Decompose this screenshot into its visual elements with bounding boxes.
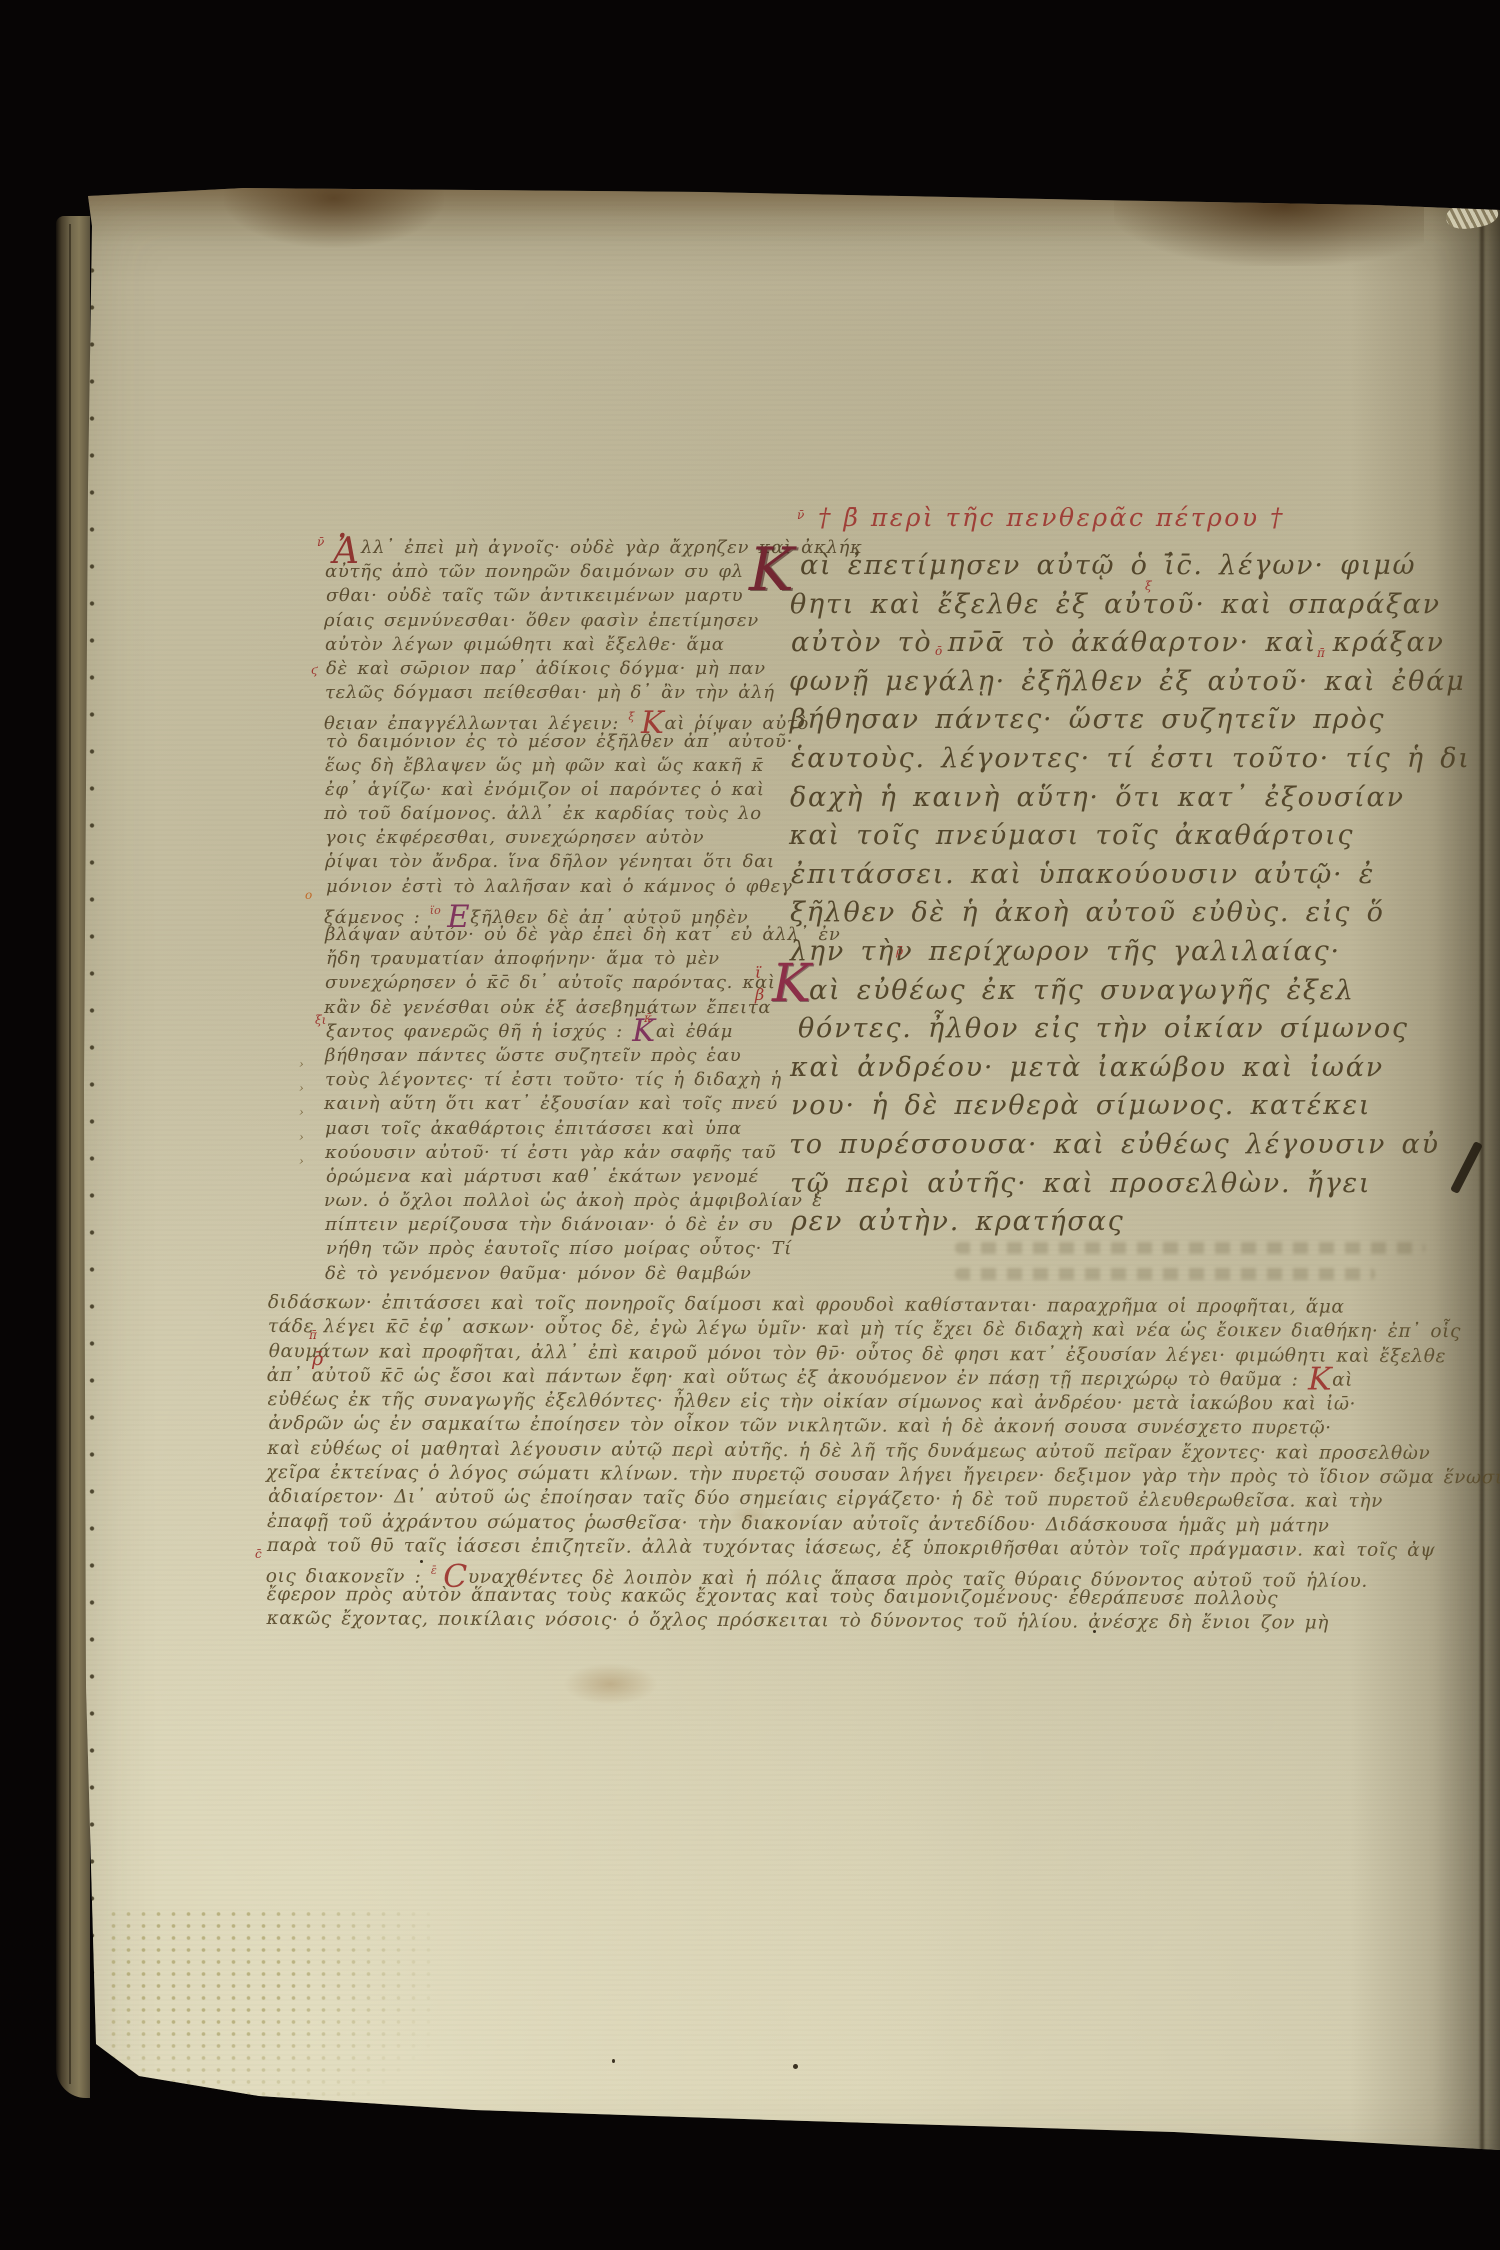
commentary-line: κακῶς ἔχοντας, ποικίλαις νόσοις· ὁ ὄχλος… xyxy=(267,1607,1427,1636)
photograph-of-manuscript: † β̄ περὶ τῆϲ πενθερᾶϲ πέτρου † Ἀ Κ Κ ν̄… xyxy=(0,0,1500,2250)
commentary-line: ἀπ᾽ αὐτοῦ κ̄ϲ̄ ὡς ἔσοι καὶ πάντων ἔφη· κ… xyxy=(267,1364,1427,1393)
commentary-line: τὸ δαιμόνιον ἐς τὸ μέσον ἐξῆλθεν ἀπ᾽ αὐτ… xyxy=(326,730,786,754)
top-right-stain xyxy=(1114,188,1424,266)
marginal-letters: ξι xyxy=(315,1014,326,1027)
gospel-line: λην τὴν περίχωρον τῆς γαλιλαίας· xyxy=(790,933,1410,972)
gospel-line: αὶ ἐπετίμησεν αὐτῷ ὁ ἰ̄ϲ̄. λέγων· φιμώ xyxy=(790,547,1410,586)
gospel-line: θητι καὶ ἔξελθε ἐξ αὐτοῦ· καὶ σπαράξαν xyxy=(790,586,1410,625)
marginal-letter: ρ̄ xyxy=(896,945,903,958)
commentary-line: αὐτὸν λέγων φιμώθητι καὶ ἔξελθε· ἅμα xyxy=(325,633,785,657)
commentary-line: τοὺς λέγοντες· τί ἐστι τοῦτο· τίς ἡ διδα… xyxy=(325,1068,785,1092)
follicle-speckles xyxy=(106,1908,436,2128)
commentary-line: ἀνδρῶν ὡς ἐν σαμκαίτω ἐποίησεν τὸν οἶκον… xyxy=(268,1412,1428,1441)
marginal-letter: ο̄ xyxy=(935,645,942,658)
marginal-dot: ο xyxy=(305,889,312,902)
commentary-line: σθαι· οὐδὲ ταῖς τῶν ἀντικειμένων μαρτυ xyxy=(326,584,786,608)
top-left-stain xyxy=(224,186,444,248)
commentary-line: κἂν δὲ γενέσθαι οὐκ ἐξ ἀσεβημάτων ἔπειτα xyxy=(324,996,784,1020)
endband-threads xyxy=(1444,198,1499,232)
commentary-line: δὲ καὶ σω̄ριον παρ᾽ ἀδίκοις δόγμα· μὴ πα… xyxy=(326,657,786,681)
marginal-letter: κ̄ xyxy=(644,1012,652,1025)
commentary-line: ῥίψαι τὸν ἄνδρα. ἵνα δῆλον γένηται ὅτι δ… xyxy=(325,850,785,874)
commentary-line: ἤδη τραυματίαν ἀποφήνην· ἅμα τὸ μὲν xyxy=(326,947,786,971)
commentary-line: βήθησαν πάντες ὥστε συζητεῖν πρὸς ἑαυ xyxy=(325,1044,785,1068)
commentary-line: δὲ τὸ γενόμενον θαῦμα· μόνον δὲ θαμβών xyxy=(325,1262,785,1286)
gospel-line: αὶ εὐθέως ἐκ τῆς συναγωγῆς ἐξελ xyxy=(789,972,1409,1011)
gospel-line: ἑαυτοὺς. λέγοντες· τί ἐστι τοῦτο· τίς ἡ … xyxy=(791,740,1411,779)
gospel-line: ξῆλθεν δὲ ἡ ἀκοὴ αὐτοῦ εὐθὺς. εἰς ὅ xyxy=(790,894,1410,933)
gospel-line: φωνῇ μεγάλῃ· ἐξῆλθεν ἐξ αὐτοῦ· καὶ ἐθάμ xyxy=(789,663,1409,702)
gospel-line: θόντες. ἦλθον εἰς τὴν οἰκίαν σίμωνος xyxy=(790,1010,1410,1049)
kephalaion-title: † β̄ περὶ τῆϲ πενθερᾶϲ πέτρου † xyxy=(818,503,1218,532)
commentary-line: καινὴ αὕτη ὅτι κατ᾽ ἐξουσίαν καὶ τοῖς πν… xyxy=(324,1092,784,1116)
commentary-line: ξαντος φανερῶς θῆ ἡ ἰσχύς : Καὶ ἐθάμ xyxy=(326,1020,786,1044)
gospel-line: ρεν αὐτὴν. κρατήσας xyxy=(791,1203,1411,1242)
commentary-line: κούουσιν αὐτοῦ· τί ἐστι γὰρ κἀν σαφῆς τα… xyxy=(325,1141,785,1165)
commentary-line: πίπτειν μερίζουσα τὴν διάνοιαν· ὁ δὲ ἐν … xyxy=(325,1213,785,1237)
gospel-line: το πυρέσσουσα· καὶ εὐθέως λέγουσιν αὐ xyxy=(789,1126,1409,1165)
commentary-line: αὐτῆς ἀπὸ τῶν πονηρῶν δαιμόνων συ φλ xyxy=(325,560,785,584)
commentary-column: λλ᾽ ἐπεὶ μὴ ἀγνοῖς· οὐδὲ γὰρ ἄχρηζεν καὶ… xyxy=(325,536,785,1286)
commentary-line: ρίαις σεμνύνεσθαι· ὅθεν φασὶν ἐπετίμησεν xyxy=(324,609,784,633)
commentary-line: πὸ τοῦ δαίμονος. ἀλλ᾽ ἐκ καρδίας τοὺς λο xyxy=(324,802,784,826)
initial-kappa-gospel: Κ xyxy=(749,540,794,600)
gospel-line: καὶ ἀνδρέου· μετὰ ἰακώβου καὶ ἰωάν xyxy=(790,1049,1410,1088)
commentary-line: τελῶς δόγμασι πείθεσθαι· μὴ δ᾽ ἂν τὴν ἀλ… xyxy=(325,681,785,705)
gutter-edge-line xyxy=(1480,206,1484,2153)
commentary-line: θειαν ἐπαγγέλλωνται λέγειν: ξ̄ Καὶ ῥίψαν… xyxy=(324,705,784,729)
marginal-letter: π̄ xyxy=(1317,647,1325,660)
gospel-line: τῷ περὶ αὐτῆς· καὶ προσελθὼν. ἤγει xyxy=(790,1165,1410,1204)
commentary-line: νήθη τῶν πρὸς ἑαυτοῖς πίσο μοίρας οὗτος·… xyxy=(326,1237,786,1261)
lower-commentary-block: διδάσκων· ἐπιτάσσει καὶ τοῖς πονηροῖς δα… xyxy=(267,1291,1428,1636)
commentary-line: γοις ἐκφέρεσθαι, συνεχώρησεν αὐτὸν xyxy=(325,826,785,850)
marginal-letter: ρ̄ xyxy=(312,1349,323,1370)
gospel-line: δαχὴ ἡ καινὴ αὕτη· ὅτι κατ᾽ ἐξουσίαν xyxy=(790,779,1410,818)
gospel-line: βήθησαν πάντες· ὥστε συζητεῖν πρὸς xyxy=(790,701,1410,740)
commentary-line: λλ᾽ ἐπεὶ μὴ ἀγνοῖς· οὐδὲ γὰρ ἄχρηζεν καὶ… xyxy=(325,536,785,560)
section-number: ϊ β xyxy=(755,962,764,1007)
top-edge-stain xyxy=(84,186,1500,244)
commentary-line: ξάμενος : ϊο Εξῆλθεν δὲ ἀπ᾽ αὐτοῦ μηδὲν xyxy=(324,899,784,923)
marginal-letter: ν̄ xyxy=(797,509,804,522)
commentary-line: οις διακονεῖν : ε̄ Ϲυναχθέντες δὲ λοιπὸν… xyxy=(266,1558,1426,1587)
initial-alpha: Ἀ xyxy=(333,534,359,570)
gospel-line: νου· ἡ δὲ πενθερὰ σίμωνος. κατέκει xyxy=(791,1087,1411,1126)
commentary-line: μασι τοῖς ἀκαθάρτοις ἐπιτάσσει καὶ ὑπα xyxy=(325,1117,785,1141)
marginal-letter: ϛ xyxy=(311,664,318,677)
initial-kappa-gospel-2: Κ xyxy=(772,958,811,1010)
commentary-line: ὁρώμενα καὶ μάρτυσι καθ᾽ ἑκάτων γενομέ xyxy=(326,1165,786,1189)
commentary-line: ἐφ᾽ ἁγίζω· καὶ ἐνόμιζον οἱ παρόντες ὁ κα… xyxy=(325,778,785,802)
diple-marks: › › › › › xyxy=(299,1052,304,1173)
gospel-line: καὶ τοῖς πνεύμασι τοῖς ἀκαθάρτοις xyxy=(789,817,1409,856)
marginal-letter: ϲ̄ xyxy=(255,1548,262,1561)
commentary-line: ἀδιαίρετον· Δι᾽ αὐτοῦ ὡς ἐποίησαν ταῖς δ… xyxy=(268,1485,1428,1514)
pricking-holes xyxy=(89,252,95,2042)
marginal-letter: ν̄ xyxy=(317,536,324,549)
marginal-letter: ξ xyxy=(1145,580,1152,593)
commentary-line: νων. ὁ ὄχλοι πολλοὶ ὡς ἀκοὴ πρὸς ἀμφιβολ… xyxy=(324,1189,784,1213)
commentary-line: μόνιον ἐστὶ τὸ λαλῆσαν καὶ ὁ κάμνος ὁ φθ… xyxy=(326,875,786,899)
gospel-line: ἐπιτάσσει. καὶ ὑπακούουσιν αὐτῷ· ἐ xyxy=(791,856,1411,895)
commentary-line: συνεχώρησεν ὁ κ̄ϲ̄ δι᾽ αὐτοῖς παρόντας. … xyxy=(325,971,785,995)
commentary-line: ἕως δὴ ἔβλαψεν ὥς μὴ φῶν καὶ ὥς κακῆ κ̄ xyxy=(325,754,785,778)
marginal-letter: π̄ xyxy=(309,1329,317,1342)
